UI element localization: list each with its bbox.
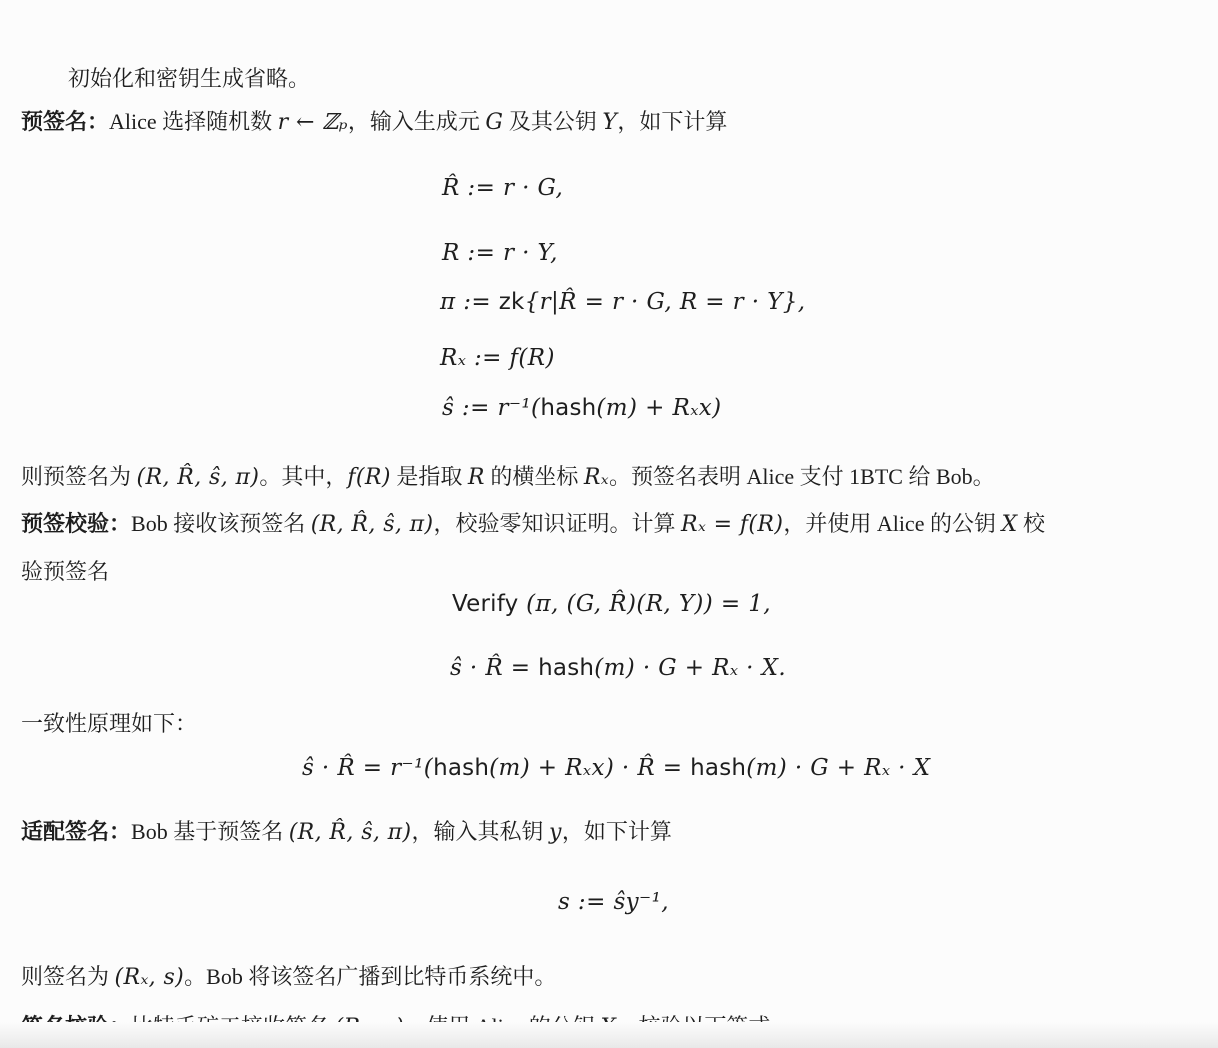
text-segment: 预签名： [21, 109, 109, 134]
text-segment: r ← ℤₚ [278, 110, 348, 135]
equation-r: R := r · Y, [442, 238, 558, 268]
text-segment: 。其中， [259, 464, 347, 489]
text-segment: (π, (G, R̂)(R, Y)) = 1, [518, 591, 771, 617]
text-segment: ŝ · R̂ = r⁻¹( [302, 755, 433, 781]
paragraph-presign: 预签名：Alice 选择随机数 r ← ℤₚ，输入生成元 G 及其公钥 Y，如下… [21, 108, 727, 137]
text-segment: ，输入其私钥 [412, 819, 550, 844]
text-segment: ，输入生成元 [348, 109, 486, 134]
text-segment: 则签名为 [21, 964, 115, 989]
text-segment: (m) + Rₓx) · R̂ = [489, 755, 690, 781]
equation-s: s := ŝy⁻¹, [558, 887, 669, 917]
equation-rx: Rₓ := f(R) [440, 343, 555, 373]
text-segment: π := [440, 289, 499, 315]
text-segment: y [549, 820, 562, 845]
equation-rhat: R̂ := r · G, [442, 173, 563, 203]
text-segment: (R, R̂, ŝ, π) [289, 820, 412, 845]
text-segment: Bob 基于预签名 [131, 819, 289, 844]
text-segment: 及其公钥 [503, 109, 602, 134]
text-segment: (R, R̂, ŝ, π) [137, 465, 260, 490]
text-segment: f(R) [347, 465, 390, 490]
equation-shat: ŝ := r⁻¹(hash(m) + Rₓx) [442, 393, 722, 423]
text-segment: ，如下计算 [617, 109, 727, 134]
text-segment: ，并使用 Alice 的公钥 [783, 511, 1001, 536]
equation-verify-check: ŝ · R̂ = hash(m) · G + Rₓ · X. [450, 653, 786, 683]
text-segment: ŝ · R̂ = [450, 655, 538, 681]
text-segment: (m) · G + Rₓ · X. [594, 655, 786, 681]
text-segment: Rₓ = f(R) [681, 512, 783, 537]
text-segment: (Rₓ, s) [115, 965, 185, 990]
text-segment: s := ŝy⁻¹, [558, 889, 669, 915]
paragraph-sign-result: 则签名为 (Rₓ, s)。Bob 将该签名广播到比特币系统中。 [21, 963, 556, 992]
paragraph-consistency: 一致性原理如下： [21, 710, 197, 738]
text-segment: ，如下计算 [562, 819, 672, 844]
text-segment: Rₓ := f(R) [440, 345, 555, 371]
text-segment: (R, R̂, ŝ, π) [311, 512, 434, 537]
text-segment: hash [540, 395, 596, 421]
text-segment: R̂ := r · G, [442, 175, 563, 201]
paragraph-adapt: 适配签名：Bob 基于预签名 (R, R̂, ŝ, π)，输入其私钥 y，如下计… [21, 818, 672, 847]
text-segment: 是指取 [391, 464, 468, 489]
text-segment: R := r · Y, [442, 240, 558, 266]
paragraph-preverify-line1: 预签校验：Bob 接收该预签名 (R, R̂, ŝ, π)，校验零知识证明。计算… [21, 510, 1045, 539]
equation-pi: π := zk{r|R̂ = r · G, R = r · Y}, [440, 287, 806, 317]
text-segment: 验预签名 [21, 559, 109, 584]
text-segment: 。预签名表明 Alice 支付 1BTC 给 Bob。 [609, 464, 995, 489]
equation-verify: Verify (π, (G, R̂)(R, Y)) = 1, [452, 589, 771, 619]
text-segment: ŝ := r⁻¹( [442, 395, 540, 421]
text-segment: 初始化和密钥生成省略。 [68, 66, 310, 91]
document-page: 初始化和密钥生成省略。 预签名：Alice 选择随机数 r ← ℤₚ，输入生成元… [0, 0, 1218, 1048]
text-segment: zk [499, 289, 525, 315]
text-segment: R [468, 465, 485, 490]
text-segment: hash [433, 755, 489, 781]
paragraph-preverify-line2: 验预签名 [21, 558, 109, 586]
text-segment: hash [538, 655, 594, 681]
equation-consistency: ŝ · R̂ = r⁻¹(hash(m) + Rₓx) · R̂ = hash(… [302, 753, 930, 783]
text-segment: 一致性原理如下： [21, 711, 197, 736]
text-segment: 校 [1018, 511, 1046, 536]
text-segment: G [485, 110, 503, 135]
paragraph-presign-result: 则预签名为 (R, R̂, ŝ, π)。其中，f(R) 是指取 R 的横坐标 R… [21, 463, 995, 492]
text-segment: hash [690, 755, 746, 781]
text-segment: (m) · G + Rₓ · X [746, 755, 930, 781]
text-segment: {r|R̂ = r · G, R = r · Y}, [525, 289, 806, 315]
text-segment: (m) + Rₓx) [596, 395, 721, 421]
text-segment: 适配签名： [21, 819, 131, 844]
bottom-fade [0, 1022, 1218, 1048]
text-segment: Verify [452, 591, 518, 617]
paragraph-init: 初始化和密钥生成省略。 [68, 65, 310, 93]
text-segment: Rₓ [584, 465, 609, 490]
text-segment: 。Bob 将该签名广播到比特币系统中。 [184, 964, 556, 989]
text-segment: Y [602, 110, 617, 135]
text-segment: X [1001, 512, 1017, 537]
text-segment: Alice 选择随机数 [109, 109, 278, 134]
text-segment: 预签校验： [21, 511, 131, 536]
text-segment: 则预签名为 [21, 464, 137, 489]
text-segment: ，校验零知识证明。计算 [434, 511, 682, 536]
text-segment: Bob 接收该预签名 [131, 511, 311, 536]
text-segment: 的横坐标 [485, 464, 584, 489]
